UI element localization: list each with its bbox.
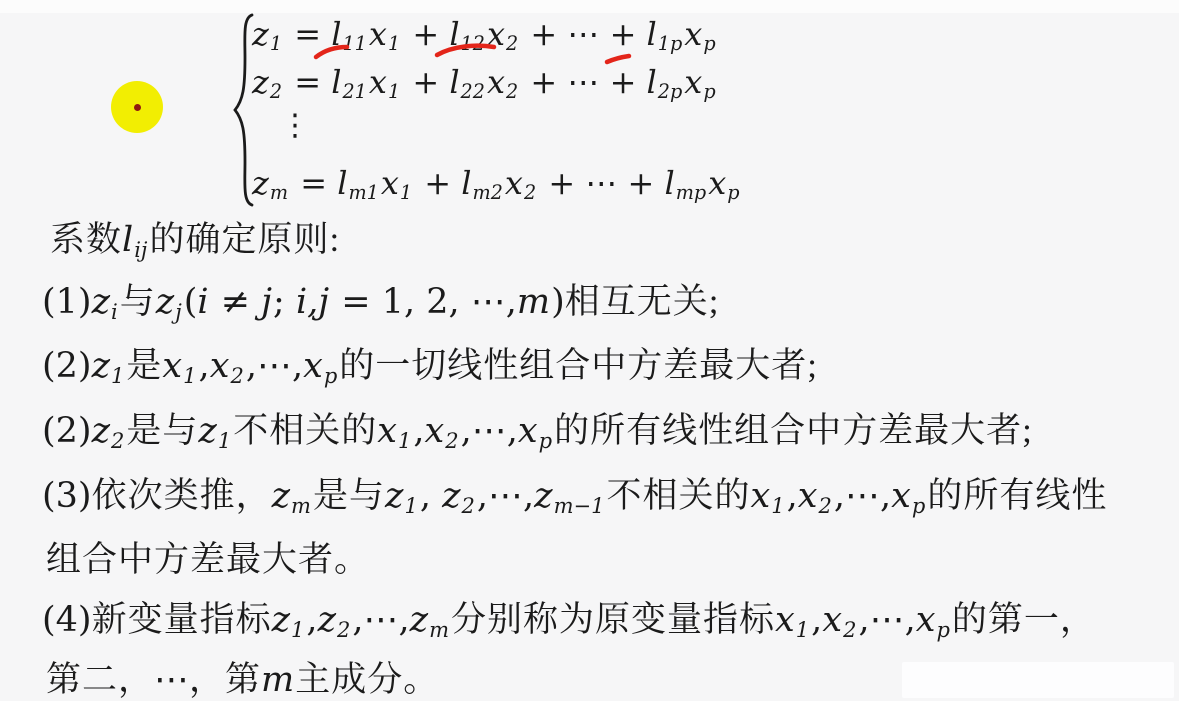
principle-line-5: (4)新变量指标z1,z2,⋯,zm分别称为原变量指标x1,x2,⋯,xp的第一… xyxy=(42,597,1096,643)
pointer-center-dot xyxy=(134,104,141,111)
principle-line-1: (1)zi与zj(i ≠ j; i,j = 1, 2, ⋯,m)相互无关; xyxy=(42,279,719,325)
erased-watermark-patch xyxy=(902,662,1174,698)
laser-pointer-dot xyxy=(111,81,163,133)
equation-row-zm: zm = lm1x1 + lm2x2 + ⋯ + lmpxp xyxy=(252,163,742,203)
equation-row-z2: z2 = l21x1 + l22x2 + ⋯ + l2pxp xyxy=(252,62,718,102)
principle-line-5-continued: 第二，⋯，第m主成分。 xyxy=(46,657,439,701)
coefficient-principle-heading: 系数lij的确定原则: xyxy=(50,217,340,263)
equation-row-z1: z1 = l11x1 + l12x2 + ⋯ + l1pxp xyxy=(252,14,718,54)
principle-line-2: (2)z1是x1,x2,⋯,xp的一切线性组合中方差最大者; xyxy=(42,343,818,389)
principle-line-4: (3)依次类推，zm是与z1, z2,⋯,zm−1不相关的x1,x2,⋯,xp的… xyxy=(42,473,1107,519)
slide-page: z1 = l11x1 + l12x2 + ⋯ + l1pxp z2 = l21x… xyxy=(0,0,1179,701)
equation-system: z1 = l11x1 + l12x2 + ⋯ + l1pxp z2 = l21x… xyxy=(230,10,750,210)
principle-line-3: (2)z2是与z1不相关的x1,x2,⋯,xp的所有线性组合中方差最大者; xyxy=(42,408,1033,454)
vertical-dots: ⋮ xyxy=(280,106,310,146)
principle-line-4-continued: 组合中方差最大者。 xyxy=(46,537,370,583)
